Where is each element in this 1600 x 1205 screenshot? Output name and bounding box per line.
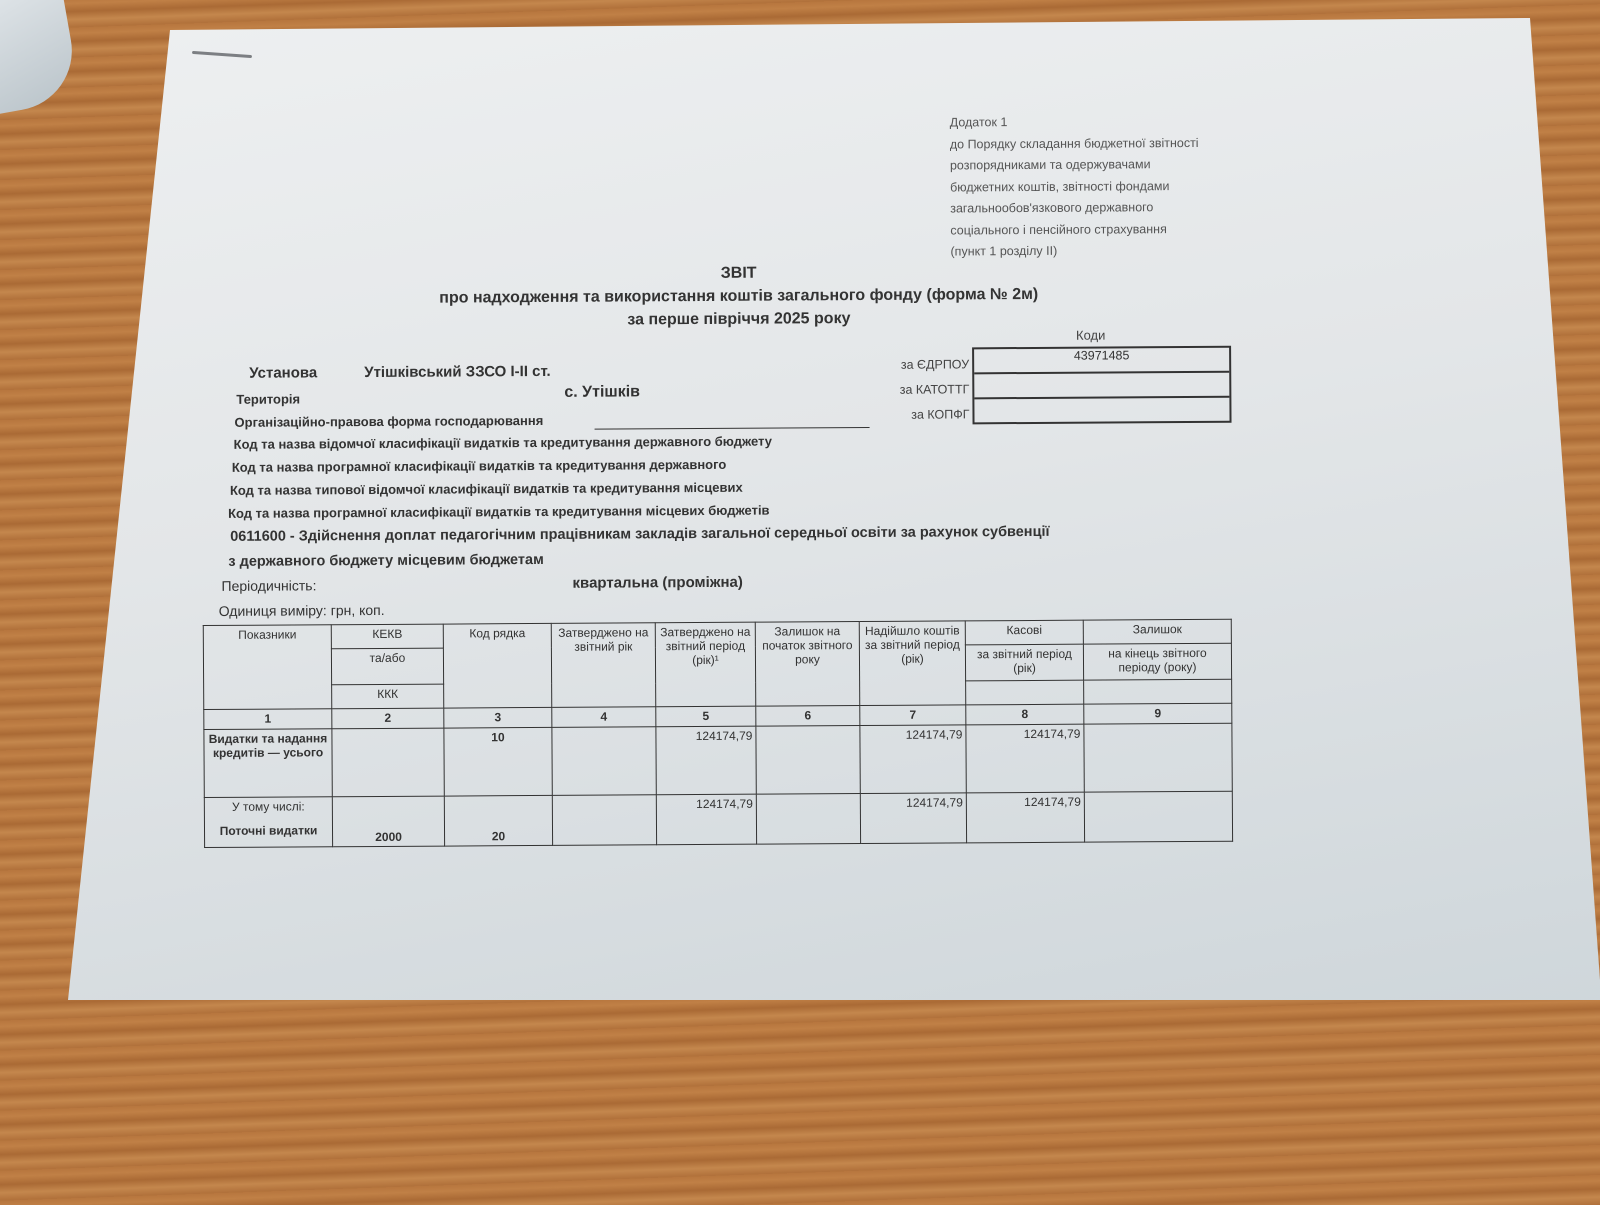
- row-indicator-name: Поточні видатки: [208, 823, 329, 838]
- codes-title: Коди: [1076, 328, 1105, 343]
- classification-vidomcha: Код та назва відомчої класифікації видат…: [234, 434, 772, 452]
- edrpou-label: за ЄДРПОУ: [859, 352, 969, 378]
- program-code-line2: з державного бюджету місцевим бюджетам: [228, 552, 544, 570]
- appendix-line: до Порядку складання бюджетної звітності: [950, 132, 1199, 155]
- edrpou-value: 43971485: [974, 348, 1229, 375]
- row-received: 124174,79: [860, 793, 966, 844]
- header-approved-period: Затверджено на звітний період (рік)¹: [655, 622, 756, 707]
- row-kekv: 2000: [332, 796, 444, 847]
- report-title: ЗВІТ про надходження та використання кош…: [329, 259, 1149, 333]
- row-kekv: [332, 728, 444, 797]
- row-indicator: Видатки та надання кредитів — усього: [204, 729, 332, 798]
- col-number: 6: [756, 706, 860, 727]
- appendix-line: Додаток 1: [950, 111, 1199, 134]
- row-approved-period: 124174,79: [656, 794, 756, 845]
- periodicity-label: Періодичність:: [221, 577, 316, 594]
- header-balance-blank: [1084, 679, 1232, 704]
- appendix-note: Додаток 1 до Порядку складання бюджетної…: [950, 111, 1200, 263]
- header-kekv-or: та/або: [331, 648, 443, 685]
- header-balance-end: на кінець звітного періоду (року): [1083, 643, 1231, 680]
- institution-label: Установа: [249, 364, 317, 381]
- codes-box: 43971485: [972, 346, 1231, 425]
- header-cash: Касові: [965, 620, 1083, 645]
- row-balance-start: [756, 794, 860, 845]
- program-code-line1: 0611600 - Здійснення доплат педагогічним…: [230, 524, 1049, 545]
- col-number: 8: [966, 704, 1084, 725]
- periodicity-value: квартальна (проміжна): [572, 574, 742, 592]
- header-approved-year: Затверджено на звітний рік: [551, 623, 656, 708]
- territory-label: Територія: [236, 391, 300, 406]
- header-row-code: Код рядка: [443, 623, 552, 708]
- header-indicators: Показники: [203, 625, 332, 710]
- col-number: 7: [860, 705, 966, 726]
- row-code: 10: [444, 727, 552, 796]
- header-received: Надійшло коштів за звітний період (рік): [859, 621, 966, 706]
- row-balance-end: [1084, 723, 1232, 792]
- row-cash: 124174,79: [966, 792, 1084, 843]
- report-table: Показники КЕКВ Код рядка Затверджено на …: [203, 619, 1233, 848]
- territory-value: с. Утішків: [564, 383, 640, 401]
- row-cash: 124174,79: [966, 724, 1084, 793]
- row-approved-period: 124174,79: [656, 726, 756, 795]
- appendix-line: розпорядниками та одержувачами: [950, 154, 1199, 177]
- katottg-label: за КАТОТТГ: [859, 377, 969, 403]
- row-approved-year: [552, 795, 656, 846]
- classification-programna-misc: Код та назва програмної класифікації вид…: [228, 503, 770, 521]
- institution-value: Утішківський ЗЗСО I-II ст.: [364, 363, 551, 381]
- katottg-value: [974, 373, 1229, 400]
- col-number: 9: [1084, 703, 1232, 724]
- table-row: Видатки та надання кредитів — усього 10 …: [204, 723, 1232, 797]
- row-approved-year: [552, 727, 656, 796]
- unit-of-measure: Одиниця виміру: грн, коп.: [219, 602, 385, 619]
- col-number: 4: [552, 707, 656, 728]
- table-row: У тому числі: Поточні видатки 2000 20 12…: [204, 791, 1232, 847]
- appendix-line: соціального і пенсійного страхування: [950, 218, 1199, 241]
- report-document: Додаток 1 до Порядку складання бюджетної…: [0, 0, 1600, 1205]
- header-cash-blank: [966, 680, 1084, 705]
- col-number: 2: [332, 708, 444, 729]
- header-kekv: КЕКВ: [331, 624, 443, 649]
- row-balance-start: [756, 726, 860, 795]
- appendix-line: бюджетних коштів, звітності фондами: [950, 175, 1199, 198]
- org-form-blank: [595, 427, 870, 430]
- col-number: 3: [444, 707, 552, 728]
- col-number: 1: [204, 709, 332, 730]
- row-code: 20: [444, 795, 552, 846]
- kopfg-label: за КОПФГ: [859, 402, 969, 428]
- classification-programna-derzh: Код та назва програмної класифікації вид…: [232, 457, 727, 475]
- row-indicator: У тому числі: Поточні видатки: [204, 797, 332, 848]
- codes-labels: за ЄДРПОУ за КАТОТТГ за КОПФГ: [859, 352, 969, 428]
- row-indicator-prefix: У тому числі:: [208, 799, 329, 814]
- org-form-label: Організаційно-правова форма господарюван…: [234, 413, 543, 430]
- header-balance: Залишок: [1083, 619, 1231, 644]
- header-cash-period: за звітний період (рік): [965, 644, 1083, 681]
- header-kkk: ККК: [332, 684, 444, 709]
- header-balance-start: Залишок на початок звітного року: [755, 622, 860, 707]
- appendix-line: загальнообов'язкового державного: [950, 197, 1199, 220]
- kopfg-value: [974, 398, 1229, 423]
- classification-typova: Код та назва типової відомчої класифікац…: [230, 480, 743, 498]
- row-balance-end: [1084, 791, 1232, 842]
- row-received: 124174,79: [860, 725, 966, 794]
- col-number: 5: [656, 706, 756, 727]
